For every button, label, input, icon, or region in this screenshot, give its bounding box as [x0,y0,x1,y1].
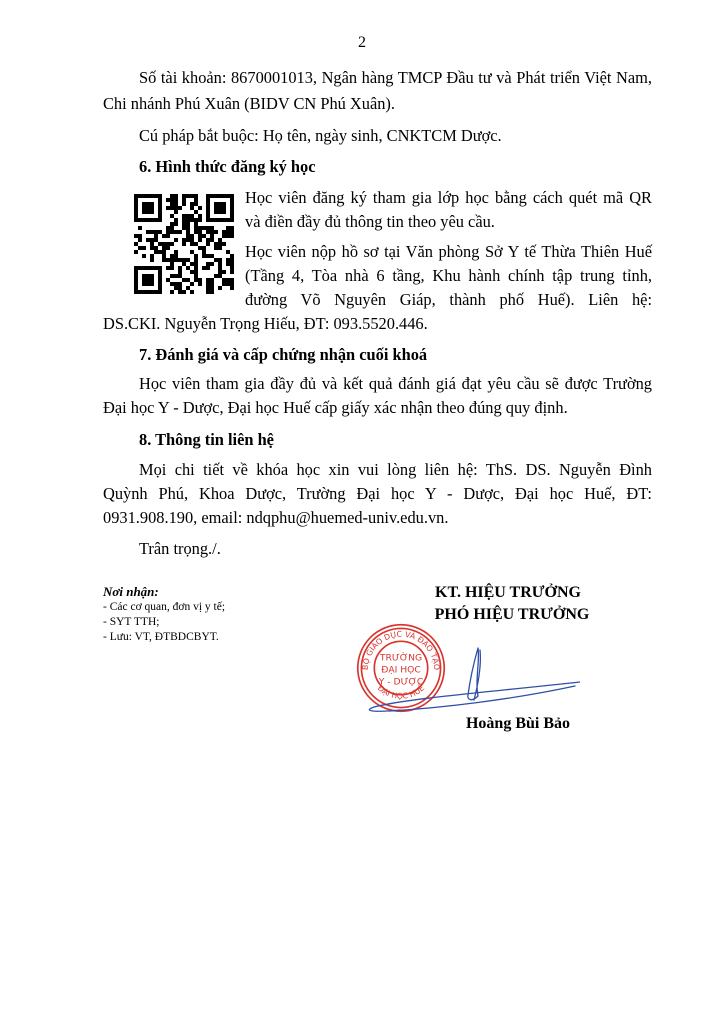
handwritten-signature-icon [360,640,580,720]
section-6-p2-line4: DS.CKI. Nguyễn Trọng Hiếu, ĐT: 093.5520.… [103,312,428,336]
section-6-p2-line2: (Tầng 4, Tòa nhà 6 tầng, Khu hành chính … [245,264,652,288]
section-6-p2-line1: Học viên nộp hồ sơ tại Văn phòng Sở Y tế… [245,240,652,264]
section-6-p2-line3: đường Võ Nguyên Giáp, thành phố Huế). Li… [245,288,652,312]
section-8-line3: 0931.908.190, email: ndqphu@huemed-univ.… [103,506,448,530]
transfer-syntax: Cú pháp bắt buộc: Họ tên, ngày sinh, CNK… [139,124,502,148]
section-7-line1: Học viên tham gia đầy đủ và kết quả đánh… [139,372,652,396]
signature-title-1: KT. HIỆU TRƯỞNG [388,584,628,602]
section-8-line1: Mọi chi tiết về khóa học xin vui lòng li… [139,458,652,482]
section-7-line2: Đại học Y - Dược, Đại học Huế cấp giấy x… [103,396,568,420]
page-number: 2 [0,34,724,52]
bank-branch-line: Chi nhánh Phú Xuân (BIDV CN Phú Xuân). [103,92,395,116]
section-6-heading: 6. Hình thức đăng ký học [139,155,316,179]
section-7-heading: 7. Đánh giá và cấp chứng nhận cuối khoá [139,343,427,367]
recipients-title: Nơi nhận: [103,584,159,599]
section-8-line2: Quỳnh Phú, Khoa Dược, Trường Đại học Y -… [103,482,652,506]
bank-account-line: Số tài khoản: 8670001013, Ngân hàng TMCP… [139,66,652,90]
section-6-p1-line1: Học viên đăng ký tham gia lớp học bằng c… [245,186,652,210]
section-6-p1-line2: và điền đầy đủ thông tin theo yêu cầu. [245,210,495,234]
section-8-heading: 8. Thông tin liên hệ [139,428,274,452]
closing: Trân trọng./. [139,537,221,561]
qr-code-icon[interactable] [134,194,234,294]
recipient-item: - SYT TTH; [103,615,159,630]
recipient-item: - Các cơ quan, đơn vị y tế; [103,600,225,615]
signer-name: Hoàng Bùi Bảo [398,715,638,733]
recipient-item: - Lưu: VT, ĐTBDCBYT. [103,630,219,645]
